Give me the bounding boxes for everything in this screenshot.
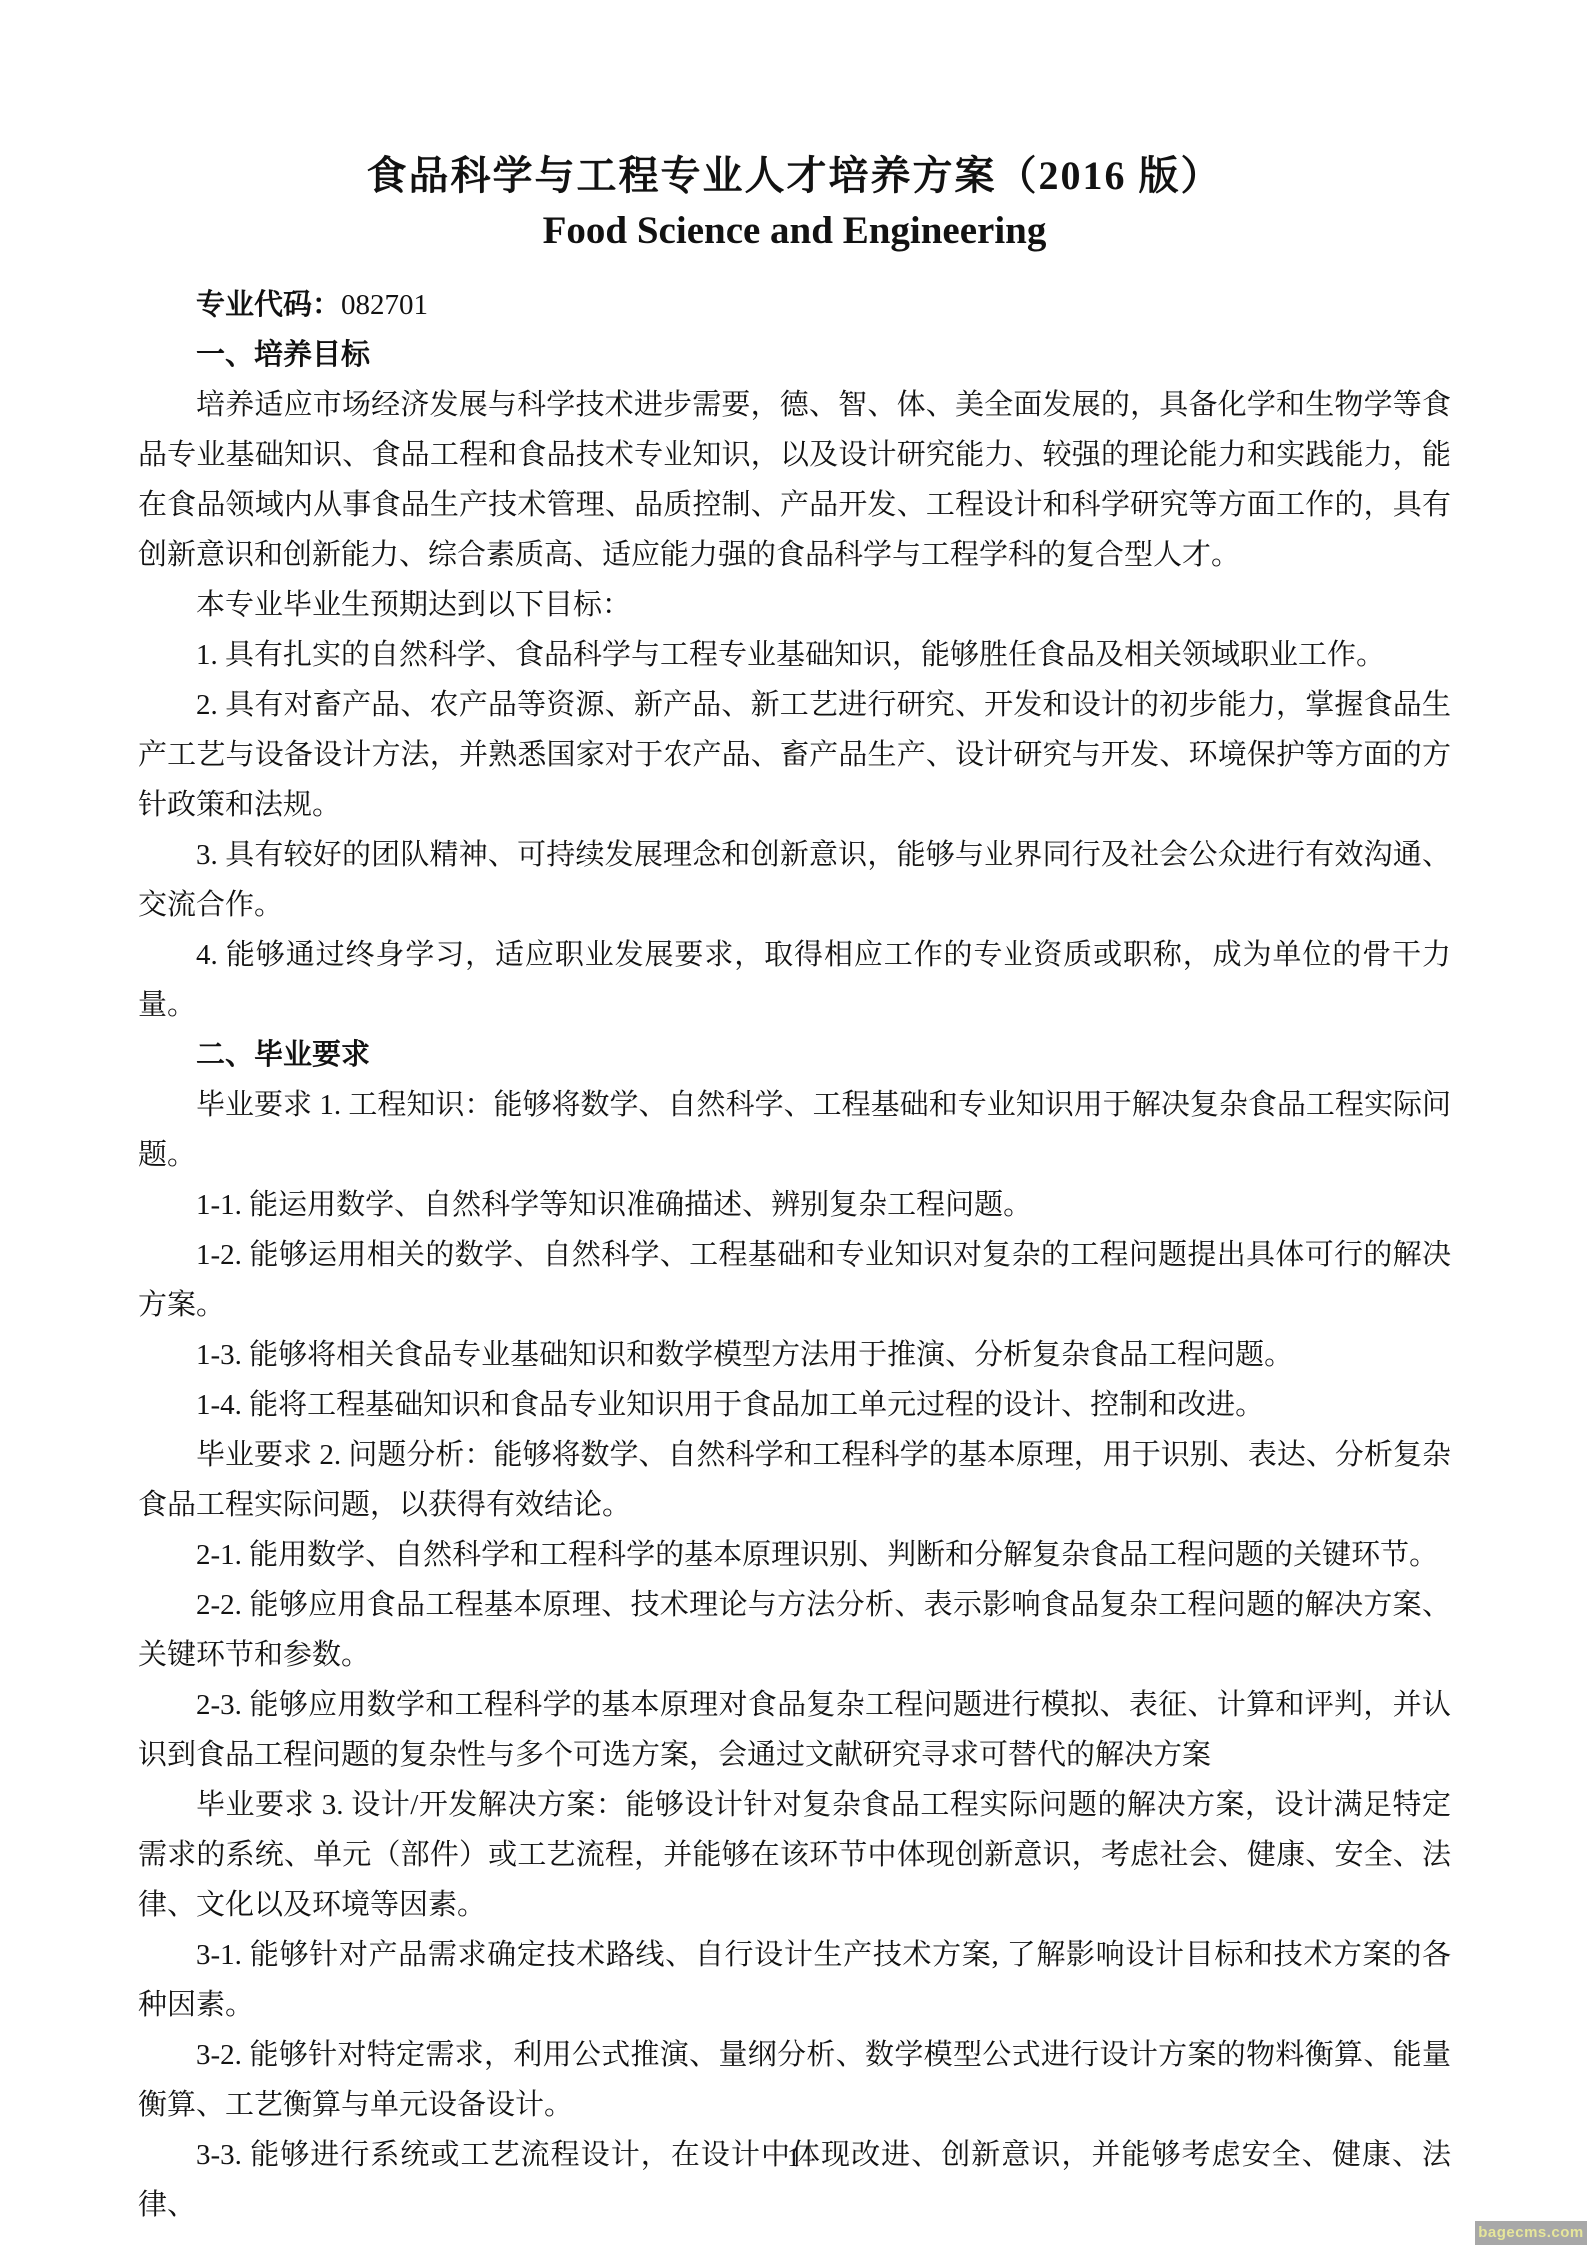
paragraph-requirement-2-2: 2-2. 能够应用食品工程基本原理、技术理论与方法分析、表示影响食品复杂工程问题…: [138, 1580, 1451, 1680]
page-number: 1: [0, 2143, 1587, 2173]
paragraph-requirement-2-1: 2-1. 能用数学、自然科学和工程科学的基本原理识别、判断和分解复杂食品工程问题…: [138, 1530, 1451, 1580]
paragraph-requirement-2: 毕业要求 2. 问题分析：能够将数学、自然科学和工程科学的基本原理，用于识别、表…: [138, 1430, 1451, 1530]
paragraph-requirement-1-1: 1-1. 能运用数学、自然科学等知识准确描述、辨别复杂工程问题。: [138, 1180, 1451, 1230]
paragraph-goal-1: 1. 具有扎实的自然科学、食品科学与工程专业基础知识，能够胜任食品及相关领域职业…: [138, 630, 1451, 680]
document-page: 食品科学与工程专业人才培养方案（2016 版） Food Science and…: [0, 0, 1587, 2245]
paragraph-requirement-1-2: 1-2. 能够运用相关的数学、自然科学、工程基础和专业知识对复杂的工程问题提出具…: [138, 1230, 1451, 1330]
document-content: 食品科学与工程专业人才培养方案（2016 版） Food Science and…: [138, 148, 1451, 2230]
document-title-english: Food Science and Engineering: [138, 204, 1451, 258]
paragraph-training-objectives-intro: 培养适应市场经济发展与科学技术进步需要，德、智、体、美全面发展的，具备化学和生物…: [138, 380, 1451, 580]
watermark-text: bagecms.com: [1478, 2224, 1584, 2241]
paragraph-requirement-3: 毕业要求 3. 设计/开发解决方案：能够设计针对复杂食品工程实际问题的解决方案，…: [138, 1780, 1451, 1930]
paragraph-requirement-3-1: 3-1. 能够针对产品需求确定技术路线、自行设计生产技术方案, 了解影响设计目标…: [138, 1930, 1451, 2030]
major-code-line: 专业代码：082701: [138, 280, 1451, 330]
document-title-chinese: 食品科学与工程专业人才培养方案（2016 版）: [138, 148, 1451, 204]
paragraph-expected-goals-lead: 本专业毕业生预期达到以下目标：: [138, 580, 1451, 630]
paragraph-requirement-1-3: 1-3. 能够将相关食品专业基础知识和数学模型方法用于推演、分析复杂食品工程问题…: [138, 1330, 1451, 1380]
paragraph-requirement-1-4: 1-4. 能将工程基础知识和食品专业知识用于食品加工单元过程的设计、控制和改进。: [138, 1380, 1451, 1430]
paragraph-goal-4: 4. 能够通过终身学习，适应职业发展要求，取得相应工作的专业资质或职称，成为单位…: [138, 930, 1451, 1030]
major-code-label: 专业代码：: [196, 289, 341, 321]
paragraph-requirement-3-2: 3-2. 能够针对特定需求，利用公式推演、量纲分析、数学模型公式进行设计方案的物…: [138, 2030, 1451, 2130]
section-heading-training-objectives: 一、培养目标: [138, 330, 1451, 380]
watermark-badge: bagecms.com: [1475, 2221, 1587, 2245]
paragraph-requirement-1: 毕业要求 1. 工程知识：能够将数学、自然科学、工程基础和专业知识用于解决复杂食…: [138, 1080, 1451, 1180]
paragraph-goal-2: 2. 具有对畜产品、农产品等资源、新产品、新工艺进行研究、开发和设计的初步能力，…: [138, 680, 1451, 830]
paragraph-goal-3: 3. 具有较好的团队精神、可持续发展理念和创新意识，能够与业界同行及社会公众进行…: [138, 830, 1451, 930]
section-heading-graduation-requirements: 二、毕业要求: [138, 1030, 1451, 1080]
major-code-value: 082701: [341, 289, 428, 321]
paragraph-requirement-2-3: 2-3. 能够应用数学和工程科学的基本原理对食品复杂工程问题进行模拟、表征、计算…: [138, 1680, 1451, 1780]
